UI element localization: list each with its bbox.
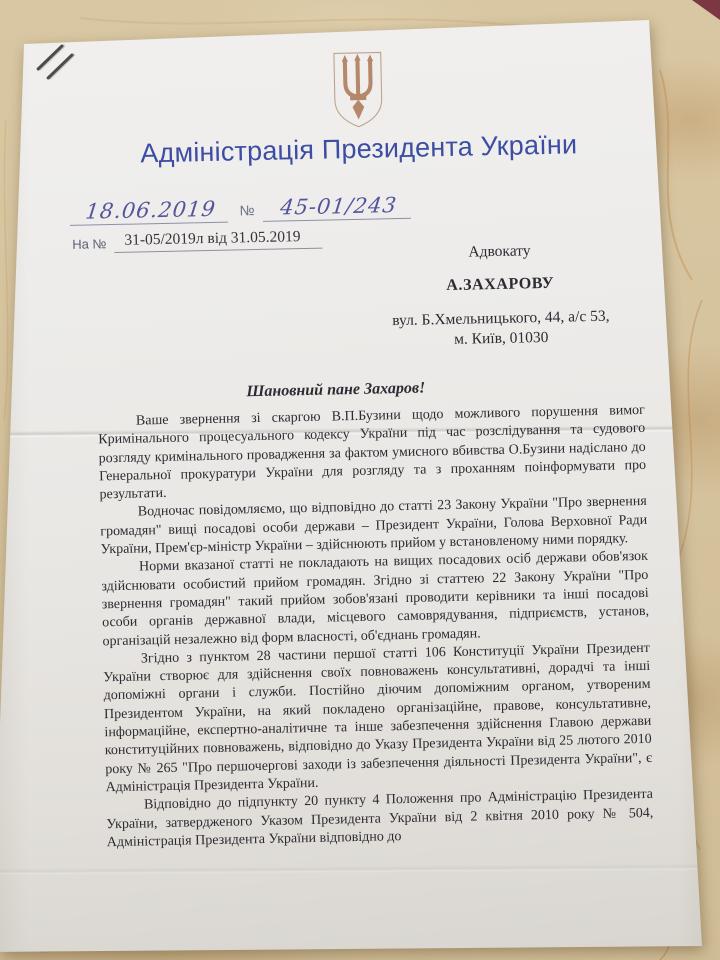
letterhead-organization-name: Адміністрація Президента України	[66, 128, 652, 171]
salutation: Шановний пане Захаров!	[71, 375, 656, 405]
letter-page: Адміністрація Президента України 18.06.2…	[0, 0, 720, 960]
addressee-name: А.ЗАХАРОВУ	[347, 273, 653, 297]
letter-paragraph: Ваше звернення зі скаргою В.П.Бузини щод…	[98, 402, 647, 505]
fold-crease	[0, 863, 720, 875]
letter-paragraph: Згідно з пунктом 28 частини першої статт…	[103, 640, 653, 798]
incoming-reference-value: 31-05/2019л від 31.05.2019	[114, 228, 323, 253]
handwritten-outgoing-number: 45-01/243	[263, 193, 414, 222]
letter-body: Ваше звернення зі скаргою В.П.Бузини щод…	[72, 402, 666, 853]
letterhead-emblem	[64, 44, 651, 136]
letter-content: Адміністрація Президента України 18.06.2…	[64, 30, 666, 853]
numero-sign: №	[239, 202, 254, 222]
photo-scene: Адміністрація Президента України 18.06.2…	[0, 0, 720, 960]
handwritten-outgoing-date: 18.06.2019	[70, 197, 231, 226]
letter-paragraph: Відповідно до підпункту 20 пункту 4 Поло…	[106, 786, 654, 852]
addressee-block: Адвокату А.ЗАХАРОВУ вул. Б.Хмельницького…	[346, 240, 654, 352]
letter-paragraph: Норми вказаної статті не покладають на в…	[101, 548, 650, 651]
incoming-reference-label: На №	[72, 236, 107, 254]
ukraine-trident-icon	[330, 49, 386, 130]
